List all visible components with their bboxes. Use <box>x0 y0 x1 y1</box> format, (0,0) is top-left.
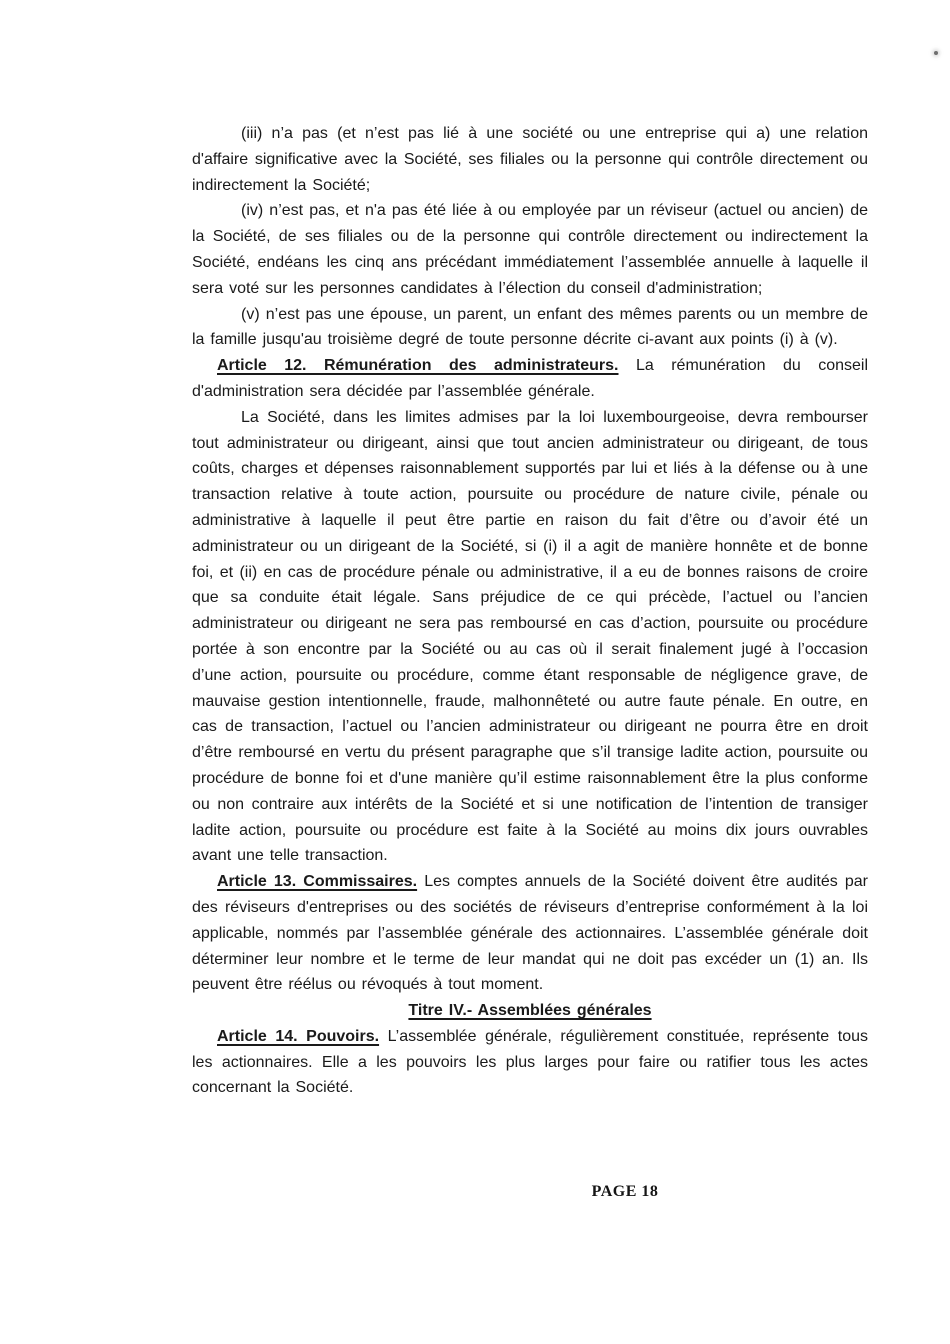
clause-iii: (iii) n’a pas (et n’est pas lié à une so… <box>192 121 868 198</box>
title-iv-heading: Titre IV.- Assemblées générales <box>408 1002 651 1019</box>
document-text-block: (iii) n’a pas (et n’est pas lié à une so… <box>192 121 868 1101</box>
document-page: (iii) n’a pas (et n’est pas lié à une so… <box>0 0 950 1344</box>
article-12-paragraph: Article 12. Rémunération des administrat… <box>192 353 868 405</box>
title-iv-line: Titre IV.- Assemblées générales <box>192 998 868 1024</box>
clause-iv: (iv) n’est pas, et n'a pas été liée à ou… <box>192 198 868 301</box>
page-number: PAGE 18 <box>560 1183 690 1201</box>
clause-v: (v) n’est pas une épouse, un parent, un … <box>192 302 868 354</box>
scan-artifact-dot <box>934 51 938 55</box>
article-14-heading: Article 14. Pouvoirs. <box>217 1028 379 1045</box>
article-13-paragraph: Article 13. Commissaires. Les comptes an… <box>192 869 868 998</box>
indemnification-paragraph: La Société, dans les limites admises par… <box>192 405 868 869</box>
article-13-heading: Article 13. Commissaires. <box>217 873 417 890</box>
article-12-heading: Article 12. Rémunération des administrat… <box>217 357 619 374</box>
article-13-text: Les comptes annuels de la Société doiven… <box>192 873 868 993</box>
article-14-paragraph: Article 14. Pouvoirs. L’assemblée généra… <box>192 1024 868 1101</box>
